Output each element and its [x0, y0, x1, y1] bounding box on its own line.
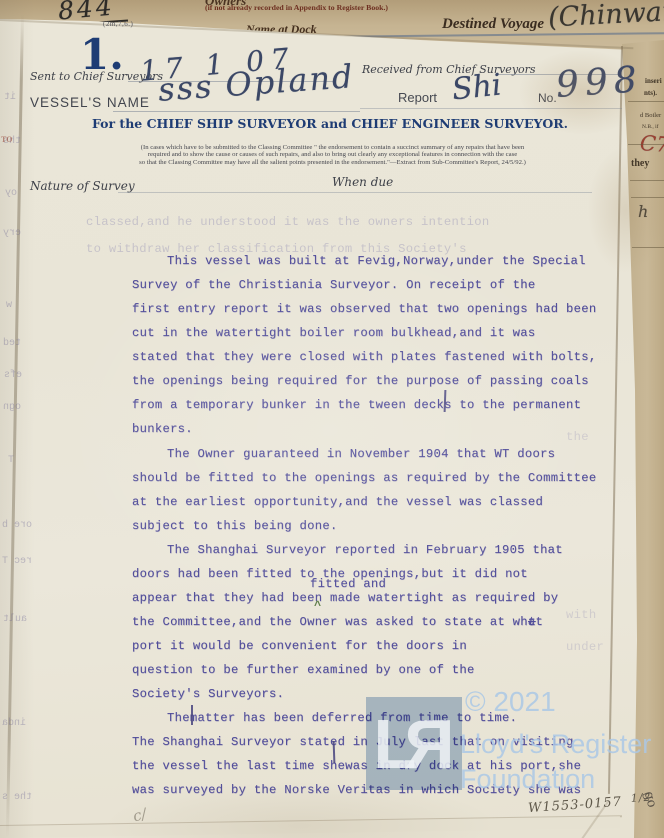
report-label: Report [398, 90, 437, 105]
mirrored-fragment: the s [2, 792, 32, 803]
typed-line: stated that they were closed with plates… [132, 350, 596, 364]
typed-line: port it would be convenient for the door… [132, 639, 467, 653]
number-label: No. [538, 91, 557, 105]
right-fragment: N.B., if [642, 124, 659, 130]
form-heading: For the CHIEF SHIP SURVEYOR and CHIEF EN… [60, 116, 600, 131]
mirrored-fragment: rec T [2, 556, 32, 567]
watermark-copyright: © 2021 [465, 686, 556, 718]
mirrored-fragment: ogn [3, 402, 21, 413]
destined-voyage-label: Destined Voyage [442, 16, 544, 33]
report-number-handwritten: 998 [555, 59, 644, 106]
typed-line: Survey of the Christiania Surveyor. On r… [132, 278, 536, 292]
mirrored-fragment: ore b [2, 520, 32, 531]
right-fragment: they [631, 158, 649, 169]
typed-line: This vessel was built at Fevig,Norway,un… [167, 254, 586, 268]
bleedthrough-fragment: with [566, 608, 596, 622]
typed-line: subject to this being done. [132, 519, 338, 533]
lr-logo-letter-l: L [373, 704, 410, 784]
watermark-org-name: Lloyd's Register [460, 729, 651, 760]
scanned-survey-report-page: Owners (if not already recorded in Appen… [0, 0, 664, 838]
fine-print: (In cases which have to be submitted to … [60, 144, 605, 166]
typed-line: appear that they had been made watertigh… [132, 591, 558, 605]
watermark-org-name2: Foundation [460, 764, 595, 795]
mirrored-fragment: oy [5, 188, 17, 199]
typed-line: cut in the watertight boiler room bulkhe… [132, 326, 536, 340]
struck-character: t [527, 615, 537, 629]
archive-ref-fraction: 1/2 [630, 791, 652, 805]
mirrored-fragment: inda [2, 718, 26, 729]
fine-print-line: so that the Classing Committee may have … [60, 159, 605, 166]
bleedthrough-line: classed,and he understood it was the own… [86, 215, 490, 229]
bleedthrough-fragment: the [566, 430, 589, 444]
typed-insertion: fitted and [310, 577, 386, 591]
report-row-underline [360, 108, 622, 109]
bleedthrough-fragment: under [566, 640, 604, 654]
typed-line: the Committee,and the Owner was asked to… [132, 615, 543, 629]
form-code: (2m,7,6.) [103, 20, 133, 28]
red-margin-mark: TO [1, 135, 12, 144]
typed-line: at the earliest opportunity,and the vess… [132, 495, 543, 509]
typed-line: first entry report it was observed that … [132, 302, 596, 316]
lr-logo-letters: L R [366, 697, 462, 790]
page-right-edge [608, 46, 623, 794]
right-fragment: inseri [645, 77, 662, 85]
typed-line: should be fitted to the openings as requ… [132, 471, 596, 485]
right-handwriting: h [638, 202, 648, 221]
mirrored-fragment: efs [4, 370, 22, 381]
vessels-name-label: VESSEL'S NAME [30, 95, 150, 110]
nature-of-survey-underline [118, 192, 592, 193]
typed-line: Society's Surveyors. [132, 687, 284, 701]
mirrored-fragment: ault [3, 614, 27, 625]
destined-voyage-value: (Chinwantao [547, 0, 664, 34]
underlying-form-right: inseri nts). d Boiler N.B., if C7 they h… [622, 40, 664, 838]
vessel-name-underline [113, 111, 360, 112]
typed-line: The Owner guaranteed in November 1904 th… [167, 447, 555, 461]
when-due-label: When due [332, 175, 393, 189]
register-book-note: (if not already recorded in Appendix to … [205, 3, 388, 12]
typed-line: bunkers. [132, 422, 193, 436]
fine-print-line: (In cases which have to be submitted to … [60, 144, 605, 151]
fine-print-line: required and to show the cause or causes… [60, 151, 605, 158]
typed-line: the openings being required for the purp… [132, 374, 589, 388]
pen-stroke-word-divider [191, 705, 193, 725]
mirrored-fragment: ery [3, 228, 21, 239]
lr-logo-letter-r-mirrored: R [410, 704, 455, 784]
typed-line: question to be further examined by one o… [132, 663, 475, 677]
nature-of-survey-label: Nature of Survey [30, 179, 135, 193]
archive-ref-number: W1553-0157 [528, 795, 623, 817]
right-fragment: nts). [644, 89, 657, 97]
corner-pencil-mark: c/ [131, 805, 148, 826]
right-fragment: d Boiler [640, 112, 661, 119]
report-type-handwritten: Shi [450, 68, 503, 108]
mirrored-fragment: w [6, 300, 12, 311]
typed-line: from a temporary bunker in the tween dec… [132, 398, 581, 412]
mirrored-fragment: ted [3, 338, 21, 349]
insertion-caret: ^ [314, 599, 321, 613]
typed-line: The Shanghai Surveyor reported in Februa… [167, 543, 563, 557]
mirrored-fragment: it [4, 92, 16, 103]
mirrored-fragment: T [8, 455, 14, 466]
